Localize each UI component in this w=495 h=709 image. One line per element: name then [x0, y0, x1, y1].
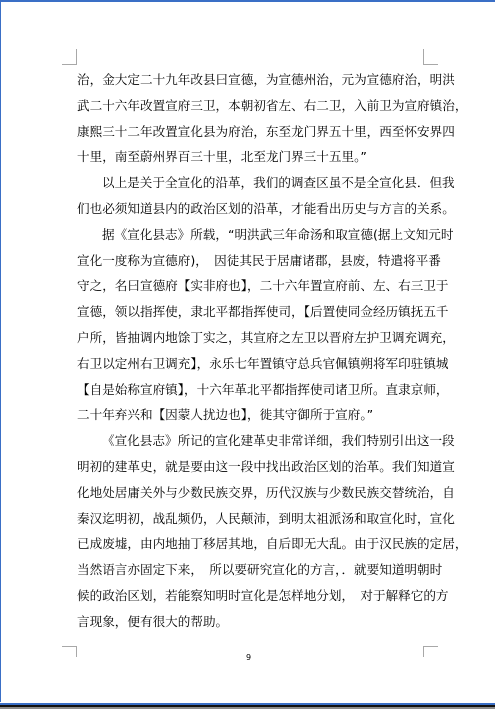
document-page[interactable]: 治，金大定二十九年改县曰宣德，为宣德州治，元为宣德府治，明洪 武二十六年改置宣府… [1, 2, 495, 703]
text-line: 守之，名曰宣德府【实非府也】，二十六年置宣府前、左、右三卫于 [77, 273, 427, 299]
margin-corner-bottom-right [423, 646, 438, 657]
paragraph: 据《宣化县志》所载，“明洪武三年命汤和取宣德(据上文知元时 宣化一度称为宣德府)… [77, 222, 427, 428]
paragraph: 以上是关于全宣化的沿革，我们的调查区虽不是全宣化县．但我 们也必须知道县内的政治… [77, 170, 427, 222]
text-line: 们也必须知道县内的政治区划的沿革，才能看出历史与方言的关系。 [77, 196, 427, 222]
page-number: 9 [246, 653, 251, 662]
text-line: 户所，皆抽调内地馀丁实之，其宣府之左卫以晋府左护卫调充调充， [77, 325, 427, 351]
text-line: 【自是始称宣府镇】，十六年革北平都指挥使司诸卫所。直隶京师， [77, 377, 427, 403]
text-line: 宣德，领以指挥使，隶北平都指挥使司，【后置使同佥经历镇抚五千 [77, 299, 427, 325]
text-line: 言现象，便有很大的帮助。 [77, 609, 427, 635]
margin-corner-bottom-left [62, 646, 77, 657]
text-line: 当然语言亦固定下来， 所以要研究宣化的方言，．就要知道明朝时 [77, 557, 427, 583]
text-line: 宣化一度称为宣德府)， 因徒其民于居庸诸郡，县废，特遣将平番 [77, 248, 427, 274]
text-line: 候的政治区划，若能察知明时宣化是怎样地分划， 对于解释它的方 [77, 583, 427, 609]
text-line: 右卫以定州右卫调充】，永乐七年置镇守总兵官佩镇朔将军印驻镇城 [77, 351, 427, 377]
text-line: 《宣化县志》所记的宣化建革史非常详细，我们特别引出这一段 [77, 428, 427, 454]
document-body[interactable]: 治，金大定二十九年改县曰宣德，为宣德州治，元为宣德府治，明洪 武二十六年改置宣府… [77, 67, 427, 635]
text-line: 武二十六年改置宣府三卫，本朝初省左、右二卫，入前卫为宣府镇治， [77, 93, 427, 119]
text-line: 康熙三十二年改置宣化县为府治，东至龙门界五十里，西至怀安界四 [77, 119, 427, 145]
text-line: 二十年弃兴和【因蒙人扰边也】，徙其守御所于宣府。” [77, 402, 427, 428]
text-line: 据《宣化县志》所载，“明洪武三年命汤和取宣德(据上文知元时 [77, 222, 427, 248]
margin-corner-top-right [423, 49, 438, 65]
paragraph: 治，金大定二十九年改县曰宣德，为宣德州治，元为宣德府治，明洪 武二十六年改置宣府… [77, 67, 427, 170]
text-line: 化地处居庸关外与少数民族交界，历代汉族与少数民族交替统治，自 [77, 480, 427, 506]
text-line: 明初的建革史，就是要由这一段中找出政治区划的治革。我们知道宣 [77, 454, 427, 480]
text-line: 治，金大定二十九年改县曰宣德，为宣德州治，元为宣德府治，明洪 [77, 67, 427, 93]
margin-corner-top-left [62, 49, 77, 65]
text-line: 秦汉迄明初，战乱频仍，人民颠沛，到明太祖派汤和取宣化时，宣化 [77, 506, 427, 532]
text-line: 十里，南至蔚州界百三十里，北至龙门界三十五里。” [77, 144, 427, 170]
text-line: 已成废墟，由内地抽丁移居其地，自后即无大乱。由于汉民族的定居， [77, 531, 427, 557]
text-line: 以上是关于全宣化的沿革，我们的调查区虽不是全宣化县．但我 [77, 170, 427, 196]
paragraph: 《宣化县志》所记的宣化建革史非常详细，我们特别引出这一段 明初的建革史，就是要由… [77, 428, 427, 634]
